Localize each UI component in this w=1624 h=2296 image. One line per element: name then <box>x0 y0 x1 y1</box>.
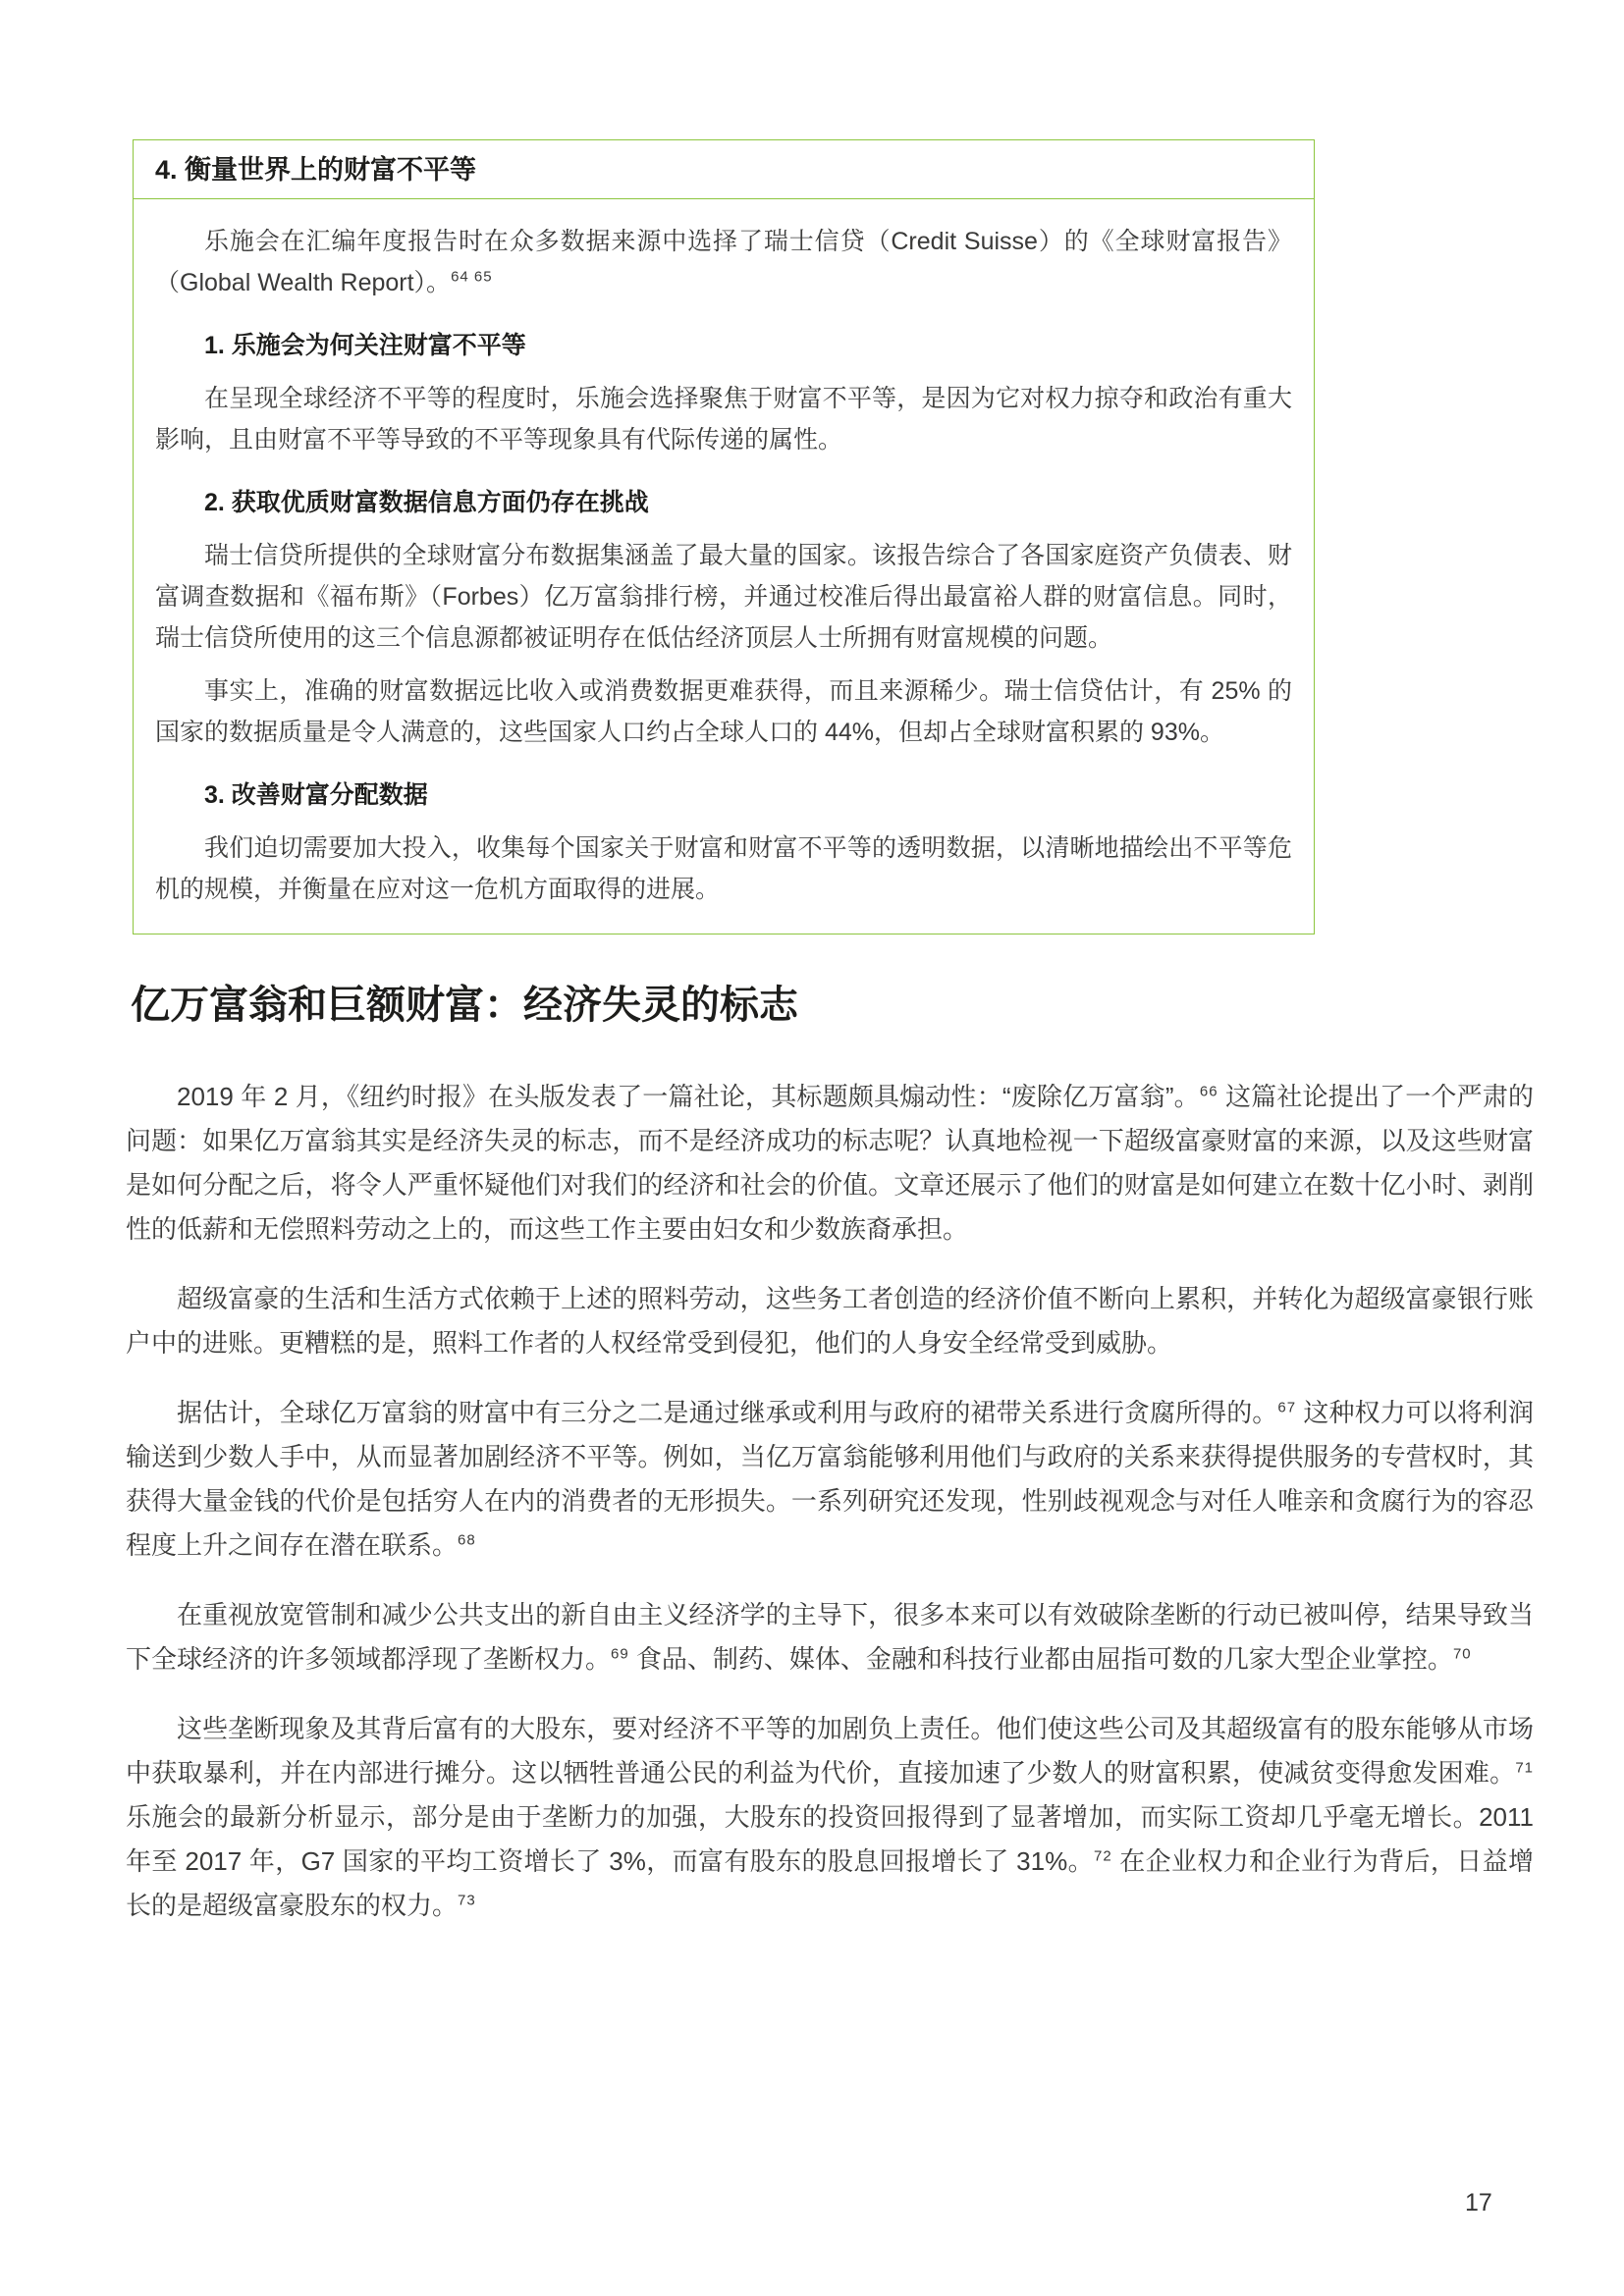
info-box-subheading-2: 2. 获取优质财富数据信息方面仍存在挑战 <box>204 482 1292 523</box>
footnote-ref: 67 <box>1277 1399 1296 1415</box>
footnote-ref: 73 <box>458 1892 476 1908</box>
paragraph: 2019 年 2 月，《纽约时报》在头版发表了一篇社论，其标题颇具煽动性：“废除… <box>126 1075 1534 1252</box>
footnote-ref: 66 <box>1200 1083 1218 1099</box>
footnote-ref: 69 <box>611 1645 629 1662</box>
document-page: 4. 衡量世界上的财富不平等 乐施会在汇编年度报告时在众多数据来源中选择了瑞士信… <box>0 0 1624 2296</box>
page-number: 17 <box>1465 2189 1492 2217</box>
paragraph: 我们迫切需要加大投入，收集每个国家关于财富和财富不平等的透明数据，以清晰地描绘出… <box>155 828 1292 910</box>
paragraph-text: 据估计，全球亿万富翁的财富中有三分之二是通过继承或利用与政府的裙带关系进行贪腐所… <box>177 1398 1277 1427</box>
info-box-body: 乐施会在汇编年度报告时在众多数据来源中选择了瑞士信贷（Credit Suisse… <box>134 199 1314 934</box>
paragraph: 这些垄断现象及其背后富有的大股东，要对经济不平等的加剧负上责任。他们使这些公司及… <box>126 1707 1534 1928</box>
paragraph-text: 2019 年 2 月，《纽约时报》在头版发表了一篇社论，其标题颇具煽动性：“废除… <box>177 1082 1200 1111</box>
paragraph: 超级富豪的生活和生活方式依赖于上述的照料劳动，这些务工者创造的经济价值不断向上累… <box>126 1277 1534 1365</box>
paragraph-text: 乐施会在汇编年度报告时在众多数据来源中选择了瑞士信贷（Credit Suisse… <box>155 228 1292 296</box>
info-box-subheading-1: 1. 乐施会为何关注财富不平等 <box>204 325 1292 366</box>
paragraph-text: 瑞士信贷所提供的全球财富分布数据集涵盖了最大量的国家。该报告综合了各国家庭资产负… <box>155 542 1292 652</box>
paragraph: 据估计，全球亿万富翁的财富中有三分之二是通过继承或利用与政府的裙带关系进行贪腐所… <box>126 1391 1534 1568</box>
paragraph: 瑞士信贷所提供的全球财富分布数据集涵盖了最大量的国家。该报告综合了各国家庭资产负… <box>155 535 1292 659</box>
footnote-ref: 70 <box>1453 1645 1472 1662</box>
paragraph-text: 超级富豪的生活和生活方式依赖于上述的照料劳动，这些务工者创造的经济价值不断向上累… <box>126 1284 1534 1358</box>
paragraph-text: 食品、制药、媒体、金融和科技行业都由屈指可数的几家大型企业掌控。 <box>629 1644 1453 1674</box>
paragraph-text: 这些垄断现象及其背后富有的大股东，要对经济不平等的加剧负上责任。他们使这些公司及… <box>126 1714 1534 1788</box>
paragraph-text: 我们迫切需要加大投入，收集每个国家关于财富和财富不平等的透明数据，以清晰地描绘出… <box>155 834 1292 903</box>
info-box-title: 4. 衡量世界上的财富不平等 <box>134 140 1314 199</box>
info-box: 4. 衡量世界上的财富不平等 乐施会在汇编年度报告时在众多数据来源中选择了瑞士信… <box>133 139 1315 934</box>
paragraph: 在重视放宽管制和减少公共支出的新自由主义经济学的主导下，很多本来可以有效破除垄断… <box>126 1593 1534 1682</box>
info-box-intro-paragraph: 乐施会在汇编年度报告时在众多数据来源中选择了瑞士信贷（Credit Suisse… <box>155 221 1292 303</box>
footnote-ref: 64 65 <box>451 269 493 286</box>
paragraph-text: 在呈现全球经济不平等的程度时，乐施会选择聚焦于财富不平等，是因为它对权力掠夺和政… <box>155 385 1292 454</box>
footnote-ref: 68 <box>458 1531 476 1548</box>
info-box-subheading-3: 3. 改善财富分配数据 <box>204 774 1292 816</box>
paragraph: 在呈现全球经济不平等的程度时，乐施会选择聚焦于财富不平等，是因为它对权力掠夺和政… <box>155 378 1292 460</box>
paragraph-text: 事实上，准确的财富数据远比收入或消费数据更难获得，而且来源稀少。瑞士信贷估计，有… <box>155 677 1292 746</box>
section-heading: 亿万富翁和巨额财富：经济失灵的标志 <box>131 982 798 1029</box>
footnote-ref: 72 <box>1094 1847 1112 1864</box>
footnote-ref: 71 <box>1515 1759 1534 1776</box>
paragraph: 事实上，准确的财富数据远比收入或消费数据更难获得，而且来源稀少。瑞士信贷估计，有… <box>155 670 1292 753</box>
body-content: 2019 年 2 月，《纽约时报》在头版发表了一篇社论，其标题颇具煽动性：“废除… <box>126 1075 1534 1953</box>
